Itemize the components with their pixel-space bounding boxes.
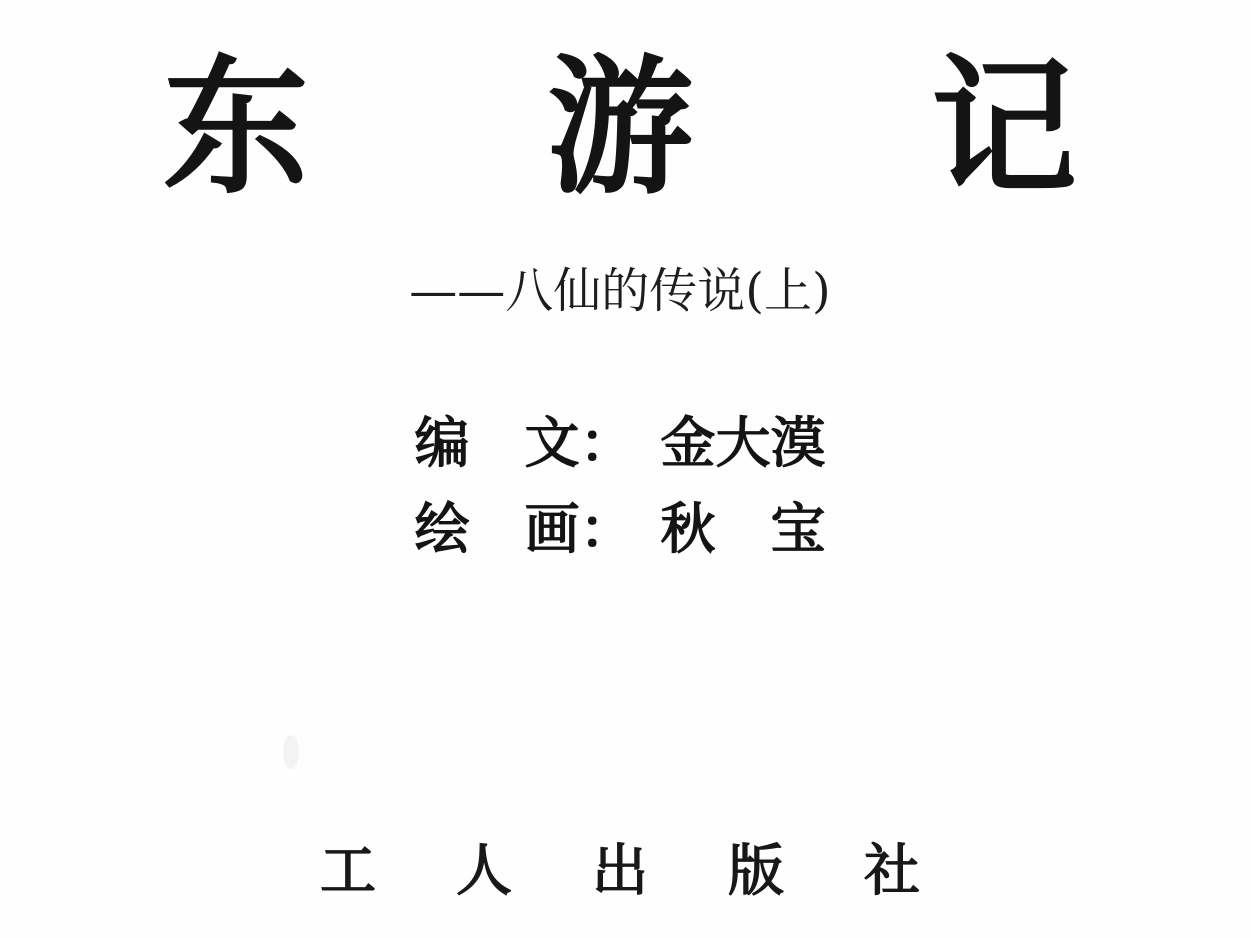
publisher-name: 工 人 出 版 社 <box>0 843 1240 899</box>
book-title-page: 东 游 记 ——八仙的传说(上) 编 文： 金大漠 绘 画： 秋 宝 工 人 出… <box>0 0 1251 938</box>
publisher-character-2: 人 <box>456 843 512 899</box>
publisher-character-1: 工 <box>320 843 376 899</box>
credit-name-illustrator: 秋 宝 <box>661 502 826 557</box>
credit-role-illustrator: 绘 画： <box>414 502 634 557</box>
book-title: 东 游 记 <box>0 55 1240 201</box>
publisher-character-5: 社 <box>864 843 920 899</box>
publisher-character-4: 版 <box>728 843 784 899</box>
book-subtitle: ——八仙的传说(上) <box>0 263 1240 321</box>
credit-name-text-author: 金大漠 <box>661 416 826 471</box>
credit-row-text-author: 编 文： 金大漠 <box>414 416 825 471</box>
credits-block: 编 文： 金大漠 绘 画： 秋 宝 <box>414 416 825 557</box>
title-character-1: 东 <box>163 54 309 203</box>
title-character-3: 记 <box>931 54 1077 203</box>
scan-smudge <box>283 735 299 769</box>
credits-section: 编 文： 金大漠 绘 画： 秋 宝 <box>0 416 1240 557</box>
publisher-character-3: 出 <box>592 843 648 899</box>
credit-role-text-author: 编 文： <box>414 416 634 471</box>
title-character-2: 游 <box>547 54 693 203</box>
credit-row-illustrator: 绘 画： 秋 宝 <box>414 502 825 557</box>
